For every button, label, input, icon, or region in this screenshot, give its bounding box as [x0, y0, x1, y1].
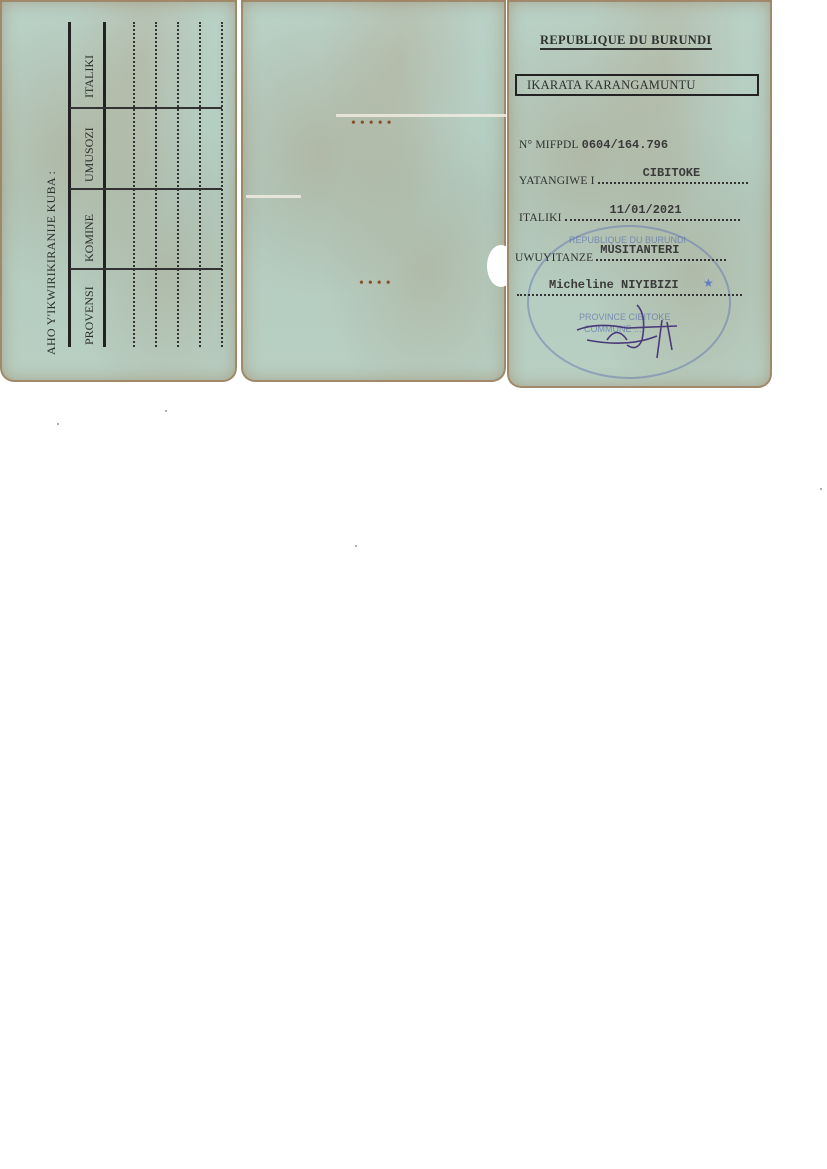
row-line-1 — [133, 22, 135, 347]
card-title-box: IKARATA KARANGAMUNTU — [515, 74, 759, 96]
officer-name-value: Micheline NIYIBIZI — [549, 278, 679, 292]
scan-speck — [355, 545, 357, 547]
identity-card-front: REPUBLIQUE DU BURUNDI IKARATA KARANGAMUN… — [507, 0, 772, 388]
field-date: ITALIKI 11/01/2021 — [519, 212, 740, 224]
table-header-divider — [103, 22, 106, 347]
field-label: YATANGIWE I — [519, 175, 595, 187]
field-label: ITALIKI — [519, 212, 562, 224]
column-italiki: ITALIKI — [82, 55, 97, 98]
address-history-title: AHO Y'IKWIRIKIRANIJE KUBA : — [44, 171, 59, 355]
column-provensi: PROVENSI — [82, 286, 97, 345]
row-line-5 — [221, 22, 223, 347]
row-line-3 — [177, 22, 179, 347]
card-title: IKARATA KARANGAMUNTU — [527, 78, 696, 92]
field-issued-at: YATANGIWE I CIBITOKE — [519, 175, 748, 187]
fold-marks-bottom: •••• — [359, 276, 395, 292]
republic-heading: REPUBLIQUE DU BURUNDI — [540, 33, 712, 50]
card-number-value: 0604/164.796 — [582, 138, 668, 152]
issued-at-value: CIBITOKE — [643, 166, 701, 180]
field-issued-by: UWUYITANZE MUSITANTERI — [515, 252, 726, 264]
fold-crease-left — [246, 195, 301, 198]
fold-marks-top: ••••• — [351, 116, 396, 132]
field-officer-name: Micheline NIYIBIZI — [517, 287, 742, 299]
column-umusozi: UMUSOZI — [82, 127, 97, 182]
field-label: N° MIFPDL — [519, 139, 579, 151]
card-middle-panel: ••••• •••• — [241, 0, 506, 382]
field-card-number: N° MIFPDL 0604/164.796 — [519, 138, 668, 152]
card-back-panel: AHO Y'IKWIRIKIRANIJE KUBA : PROVENSI KOM… — [0, 0, 237, 382]
row-line-2 — [155, 22, 157, 347]
issue-date-value: 11/01/2021 — [610, 203, 682, 217]
scan-speck — [820, 488, 822, 490]
column-komine: KOMINE — [82, 214, 97, 262]
signature — [567, 300, 687, 360]
scan-speck — [57, 423, 59, 425]
row-line-4 — [199, 22, 201, 347]
field-label: UWUYITANZE — [515, 252, 593, 264]
scan-speck — [165, 410, 167, 412]
issued-by-value: MUSITANTERI — [600, 243, 679, 257]
table-border-left — [68, 22, 71, 347]
